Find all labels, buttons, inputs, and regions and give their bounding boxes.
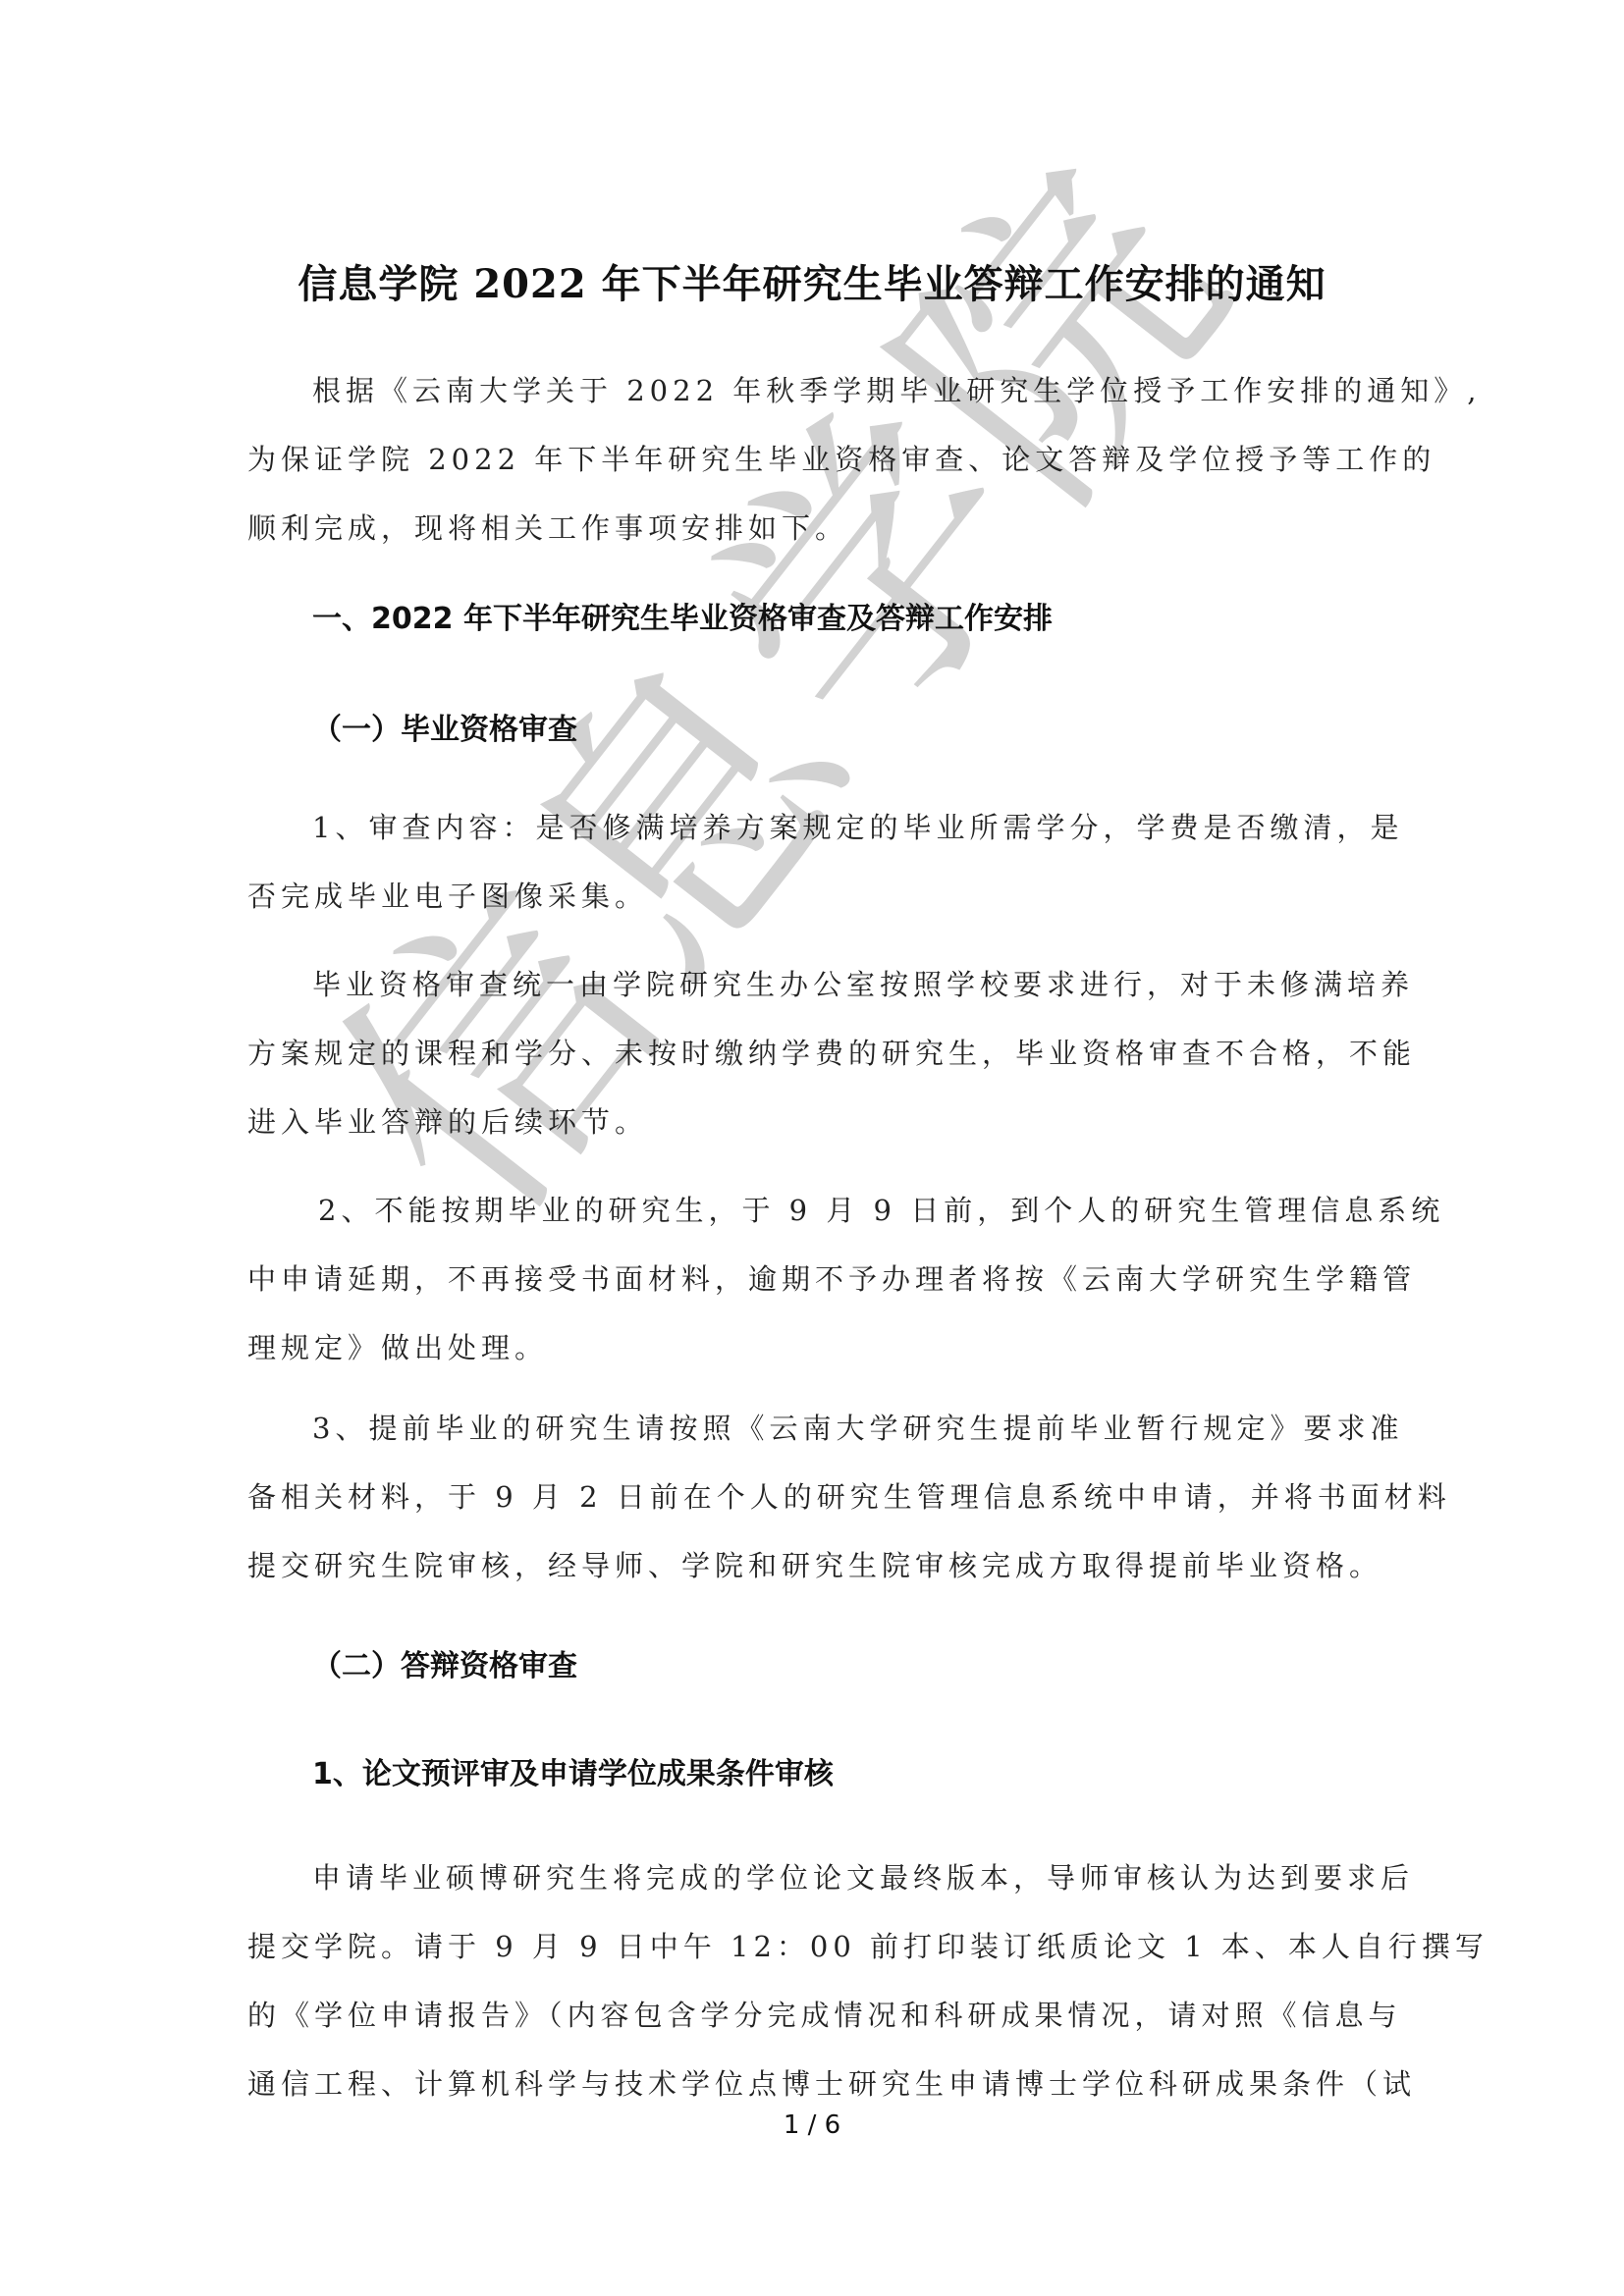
document-title: 信息学院 2022 年下半年研究生毕业答辩工作安排的通知: [0, 253, 1624, 309]
document-page: 信息学院 信息学院 2022 年下半年研究生毕业答辩工作安排的通知 根据《云南大…: [0, 0, 1624, 2296]
paragraph-line: 3、提前毕业的研究生请按照《云南大学研究生提前毕业暂行规定》要求准: [247, 1394, 1386, 1463]
paragraph-line: 进入毕业答辩的后续环节。: [247, 1088, 1386, 1156]
section-heading: 一、2022 年下半年研究生毕业资格审查及答辩工作安排: [312, 594, 1053, 637]
paragraph-line: 备相关材料，于 9 月 2 日前在个人的研究生管理信息系统中申请，并将书面材料: [247, 1463, 1386, 1531]
review-note-paragraph: 毕业资格审查统一由学院研究生办公室按照学校要求进行，对于未修满培养 方案规定的课…: [247, 950, 1386, 1156]
subsection-heading: （二）答辩资格审查: [312, 1641, 577, 1684]
review-content-paragraph: 1、审查内容：是否修满培养方案规定的毕业所需学分，学费是否缴清，是 否完成毕业电…: [247, 793, 1386, 931]
early-graduation-paragraph: 3、提前毕业的研究生请按照《云南大学研究生提前毕业暂行规定》要求准 备相关材料，…: [247, 1394, 1386, 1600]
paragraph-line: 的《学位申请报告》（内容包含学分完成情况和科研成果情况，请对照《信息与: [247, 1981, 1386, 2050]
intro-paragraph: 根据《云南大学关于 2022 年秋季学期毕业研究生学位授予工作安排的通知》, 为…: [247, 356, 1386, 562]
paragraph-line: 否完成毕业电子图像采集。: [247, 862, 1386, 931]
paragraph-line: 毕业资格审查统一由学院研究生办公室按照学校要求进行，对于未修满培养: [247, 950, 1386, 1019]
paragraph-line: 1、审查内容：是否修满培养方案规定的毕业所需学分，学费是否缴清，是: [247, 793, 1386, 862]
document-content: 信息学院 2022 年下半年研究生毕业答辩工作安排的通知 根据《云南大学关于 2…: [0, 0, 1624, 2296]
paragraph-line: 为保证学院 2022 年下半年研究生毕业资格审查、论文答辩及学位授予等工作的: [247, 425, 1386, 494]
paragraph-line: 根据《云南大学关于 2022 年秋季学期毕业研究生学位授予工作安排的通知》,: [247, 356, 1386, 425]
paragraph-line: 通信工程、计算机科学与技术学位点博士研究生申请博士学位科研成果条件（试: [247, 2050, 1386, 2118]
paragraph-line: 方案规定的课程和学分、未按时缴纳学费的研究生，毕业资格审查不合格，不能: [247, 1019, 1386, 1088]
paragraph-line: 理规定》做出处理。: [247, 1313, 1386, 1382]
paragraph-line: 提交学院。请于 9 月 9 日中午 12：00 前打印装订纸质论文 1 本、本人…: [247, 1912, 1386, 1981]
paragraph-line: 提交研究生院审核，经导师、学院和研究生院审核完成方取得提前毕业资格。: [247, 1531, 1386, 1600]
deferral-paragraph: 2、不能按期毕业的研究生，于 9 月 9 日前，到个人的研究生管理信息系统 中申…: [247, 1176, 1386, 1382]
paragraph-line: 顺利完成，现将相关工作事项安排如下。: [247, 494, 1386, 562]
page-number: 1 / 6: [0, 2110, 1624, 2140]
paragraph-line: 2、不能按期毕业的研究生，于 9 月 9 日前，到个人的研究生管理信息系统: [247, 1176, 1386, 1245]
subsection-item-heading: 1、论文预评审及申请学位成果条件审核: [312, 1749, 834, 1792]
subsection-heading: （一）毕业资格审查: [312, 705, 577, 748]
paragraph-line: 申请毕业硕博研究生将完成的学位论文最终版本，导师审核认为达到要求后: [247, 1843, 1386, 1912]
paragraph-line: 中申请延期，不再接受书面材料，逾期不予办理者将按《云南大学研究生学籍管: [247, 1245, 1386, 1313]
thesis-review-paragraph: 申请毕业硕博研究生将完成的学位论文最终版本，导师审核认为达到要求后 提交学院。请…: [247, 1843, 1386, 2118]
